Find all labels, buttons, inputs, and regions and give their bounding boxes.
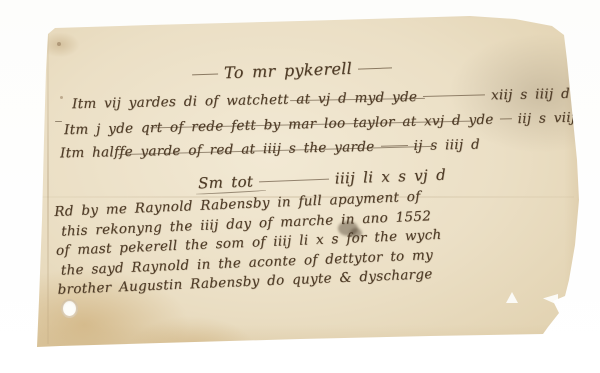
manuscript-photo: To mr pykerell Itm vij yardes di of watc… xyxy=(0,0,600,373)
leader-line xyxy=(500,118,512,119)
leader-line xyxy=(259,179,329,183)
paper-speck xyxy=(57,42,61,46)
receipt-paragraph: Rd by me Raynold Rabensby in full apayme… xyxy=(54,182,560,300)
heading-flourish-right xyxy=(358,67,392,69)
heading-text: To mr pykerell xyxy=(224,59,353,82)
ink-blot xyxy=(350,228,362,238)
item-text: Itm vij yardes di of watchett at vj d my… xyxy=(72,89,418,112)
item-amount: xiij s iiij d xyxy=(491,86,570,104)
item-amount: iij s viij d xyxy=(517,109,592,127)
sum-label: Sm tot xyxy=(198,172,254,192)
vertical-fold-crease xyxy=(47,30,49,344)
manuscript-paper: To mr pykerell Itm vij yardes di of watc… xyxy=(0,0,600,373)
margin-mark xyxy=(60,96,63,99)
margin-mark xyxy=(55,121,62,122)
edge-nick xyxy=(543,294,558,305)
heading-flourish-left xyxy=(192,73,218,75)
item-row: Itm halffe yarde of red at iiij s the ya… xyxy=(60,137,480,162)
item-text: Itm halffe yarde of red at iiij s the ya… xyxy=(60,139,375,162)
sum-amount: iiij li x s vj d xyxy=(335,166,447,188)
heading-line: To mr pykerell xyxy=(192,56,445,84)
worm-hole xyxy=(61,299,78,318)
leader-line xyxy=(423,94,485,97)
edge-nick xyxy=(506,292,518,303)
